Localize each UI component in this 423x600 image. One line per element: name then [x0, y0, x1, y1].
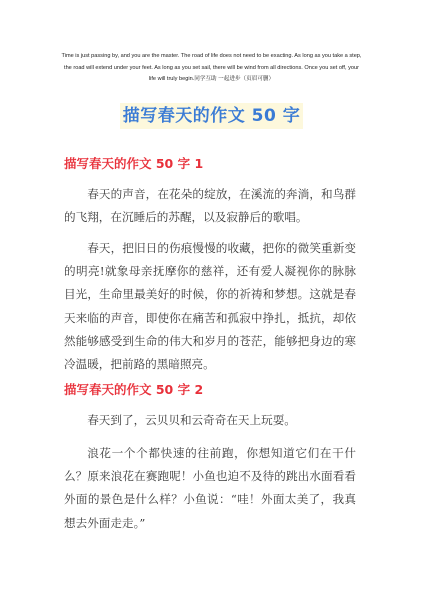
title-container: 描写春天的作文 50 字	[0, 103, 423, 129]
section-1-paragraph-1: 春天的声音，在花朵的绽放，在溪流的奔淌，和鸟群的飞翔，在沉睡后的苏醒，以及寂静后…	[64, 183, 356, 229]
document-title: 描写春天的作文 50 字	[120, 103, 304, 129]
section-heading-1: 描写春天的作文 50 字 1	[64, 155, 203, 173]
document-page: Time is just passing by, and you are the…	[0, 0, 423, 600]
section-2-paragraph-1: 春天到了，云贝贝和云奇奇在天上玩耍。	[64, 409, 356, 432]
section-2-paragraph-2: 浪花一个个都快速的往前跑，你想知道它们在干什么？原来浪花在赛跑呢！小鱼也迫不及待…	[64, 442, 356, 535]
header-note: Time is just passing by, and you are the…	[60, 51, 363, 86]
section-1-paragraph-2: 春天，把旧日的伤痕慢慢的收藏，把你的微笑重新变的明亮!就象母亲抚摩你的慈祥，还有…	[64, 237, 356, 376]
section-heading-2: 描写春天的作文 50 字 2	[64, 381, 203, 399]
